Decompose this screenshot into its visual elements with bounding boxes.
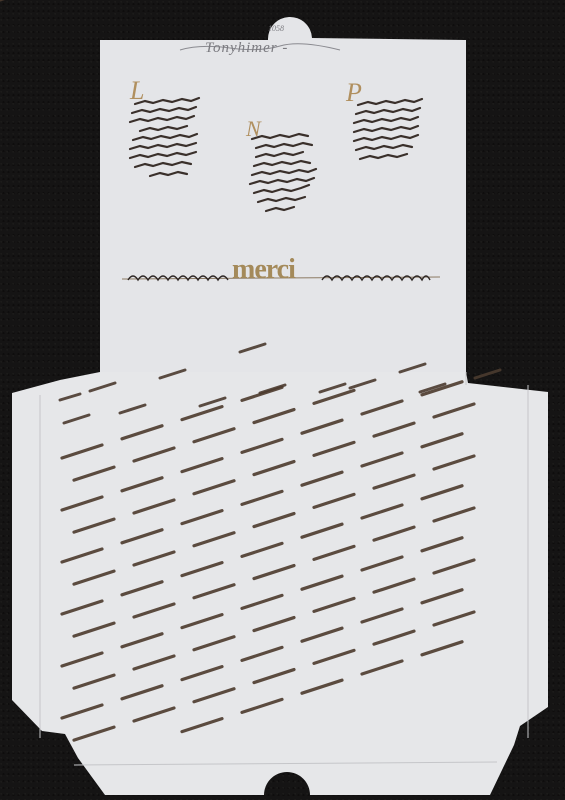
center-merci-word: merci <box>232 256 295 284</box>
initial-n: N <box>246 116 261 142</box>
top-flap <box>100 17 466 372</box>
initial-p: P <box>346 78 362 108</box>
envelope-artwork <box>0 0 565 800</box>
envelope-body <box>12 372 548 795</box>
initial-l: L <box>130 76 144 106</box>
pencil-number: 1058 <box>268 24 284 33</box>
pencil-signature: Tonyhimer - <box>205 40 288 57</box>
